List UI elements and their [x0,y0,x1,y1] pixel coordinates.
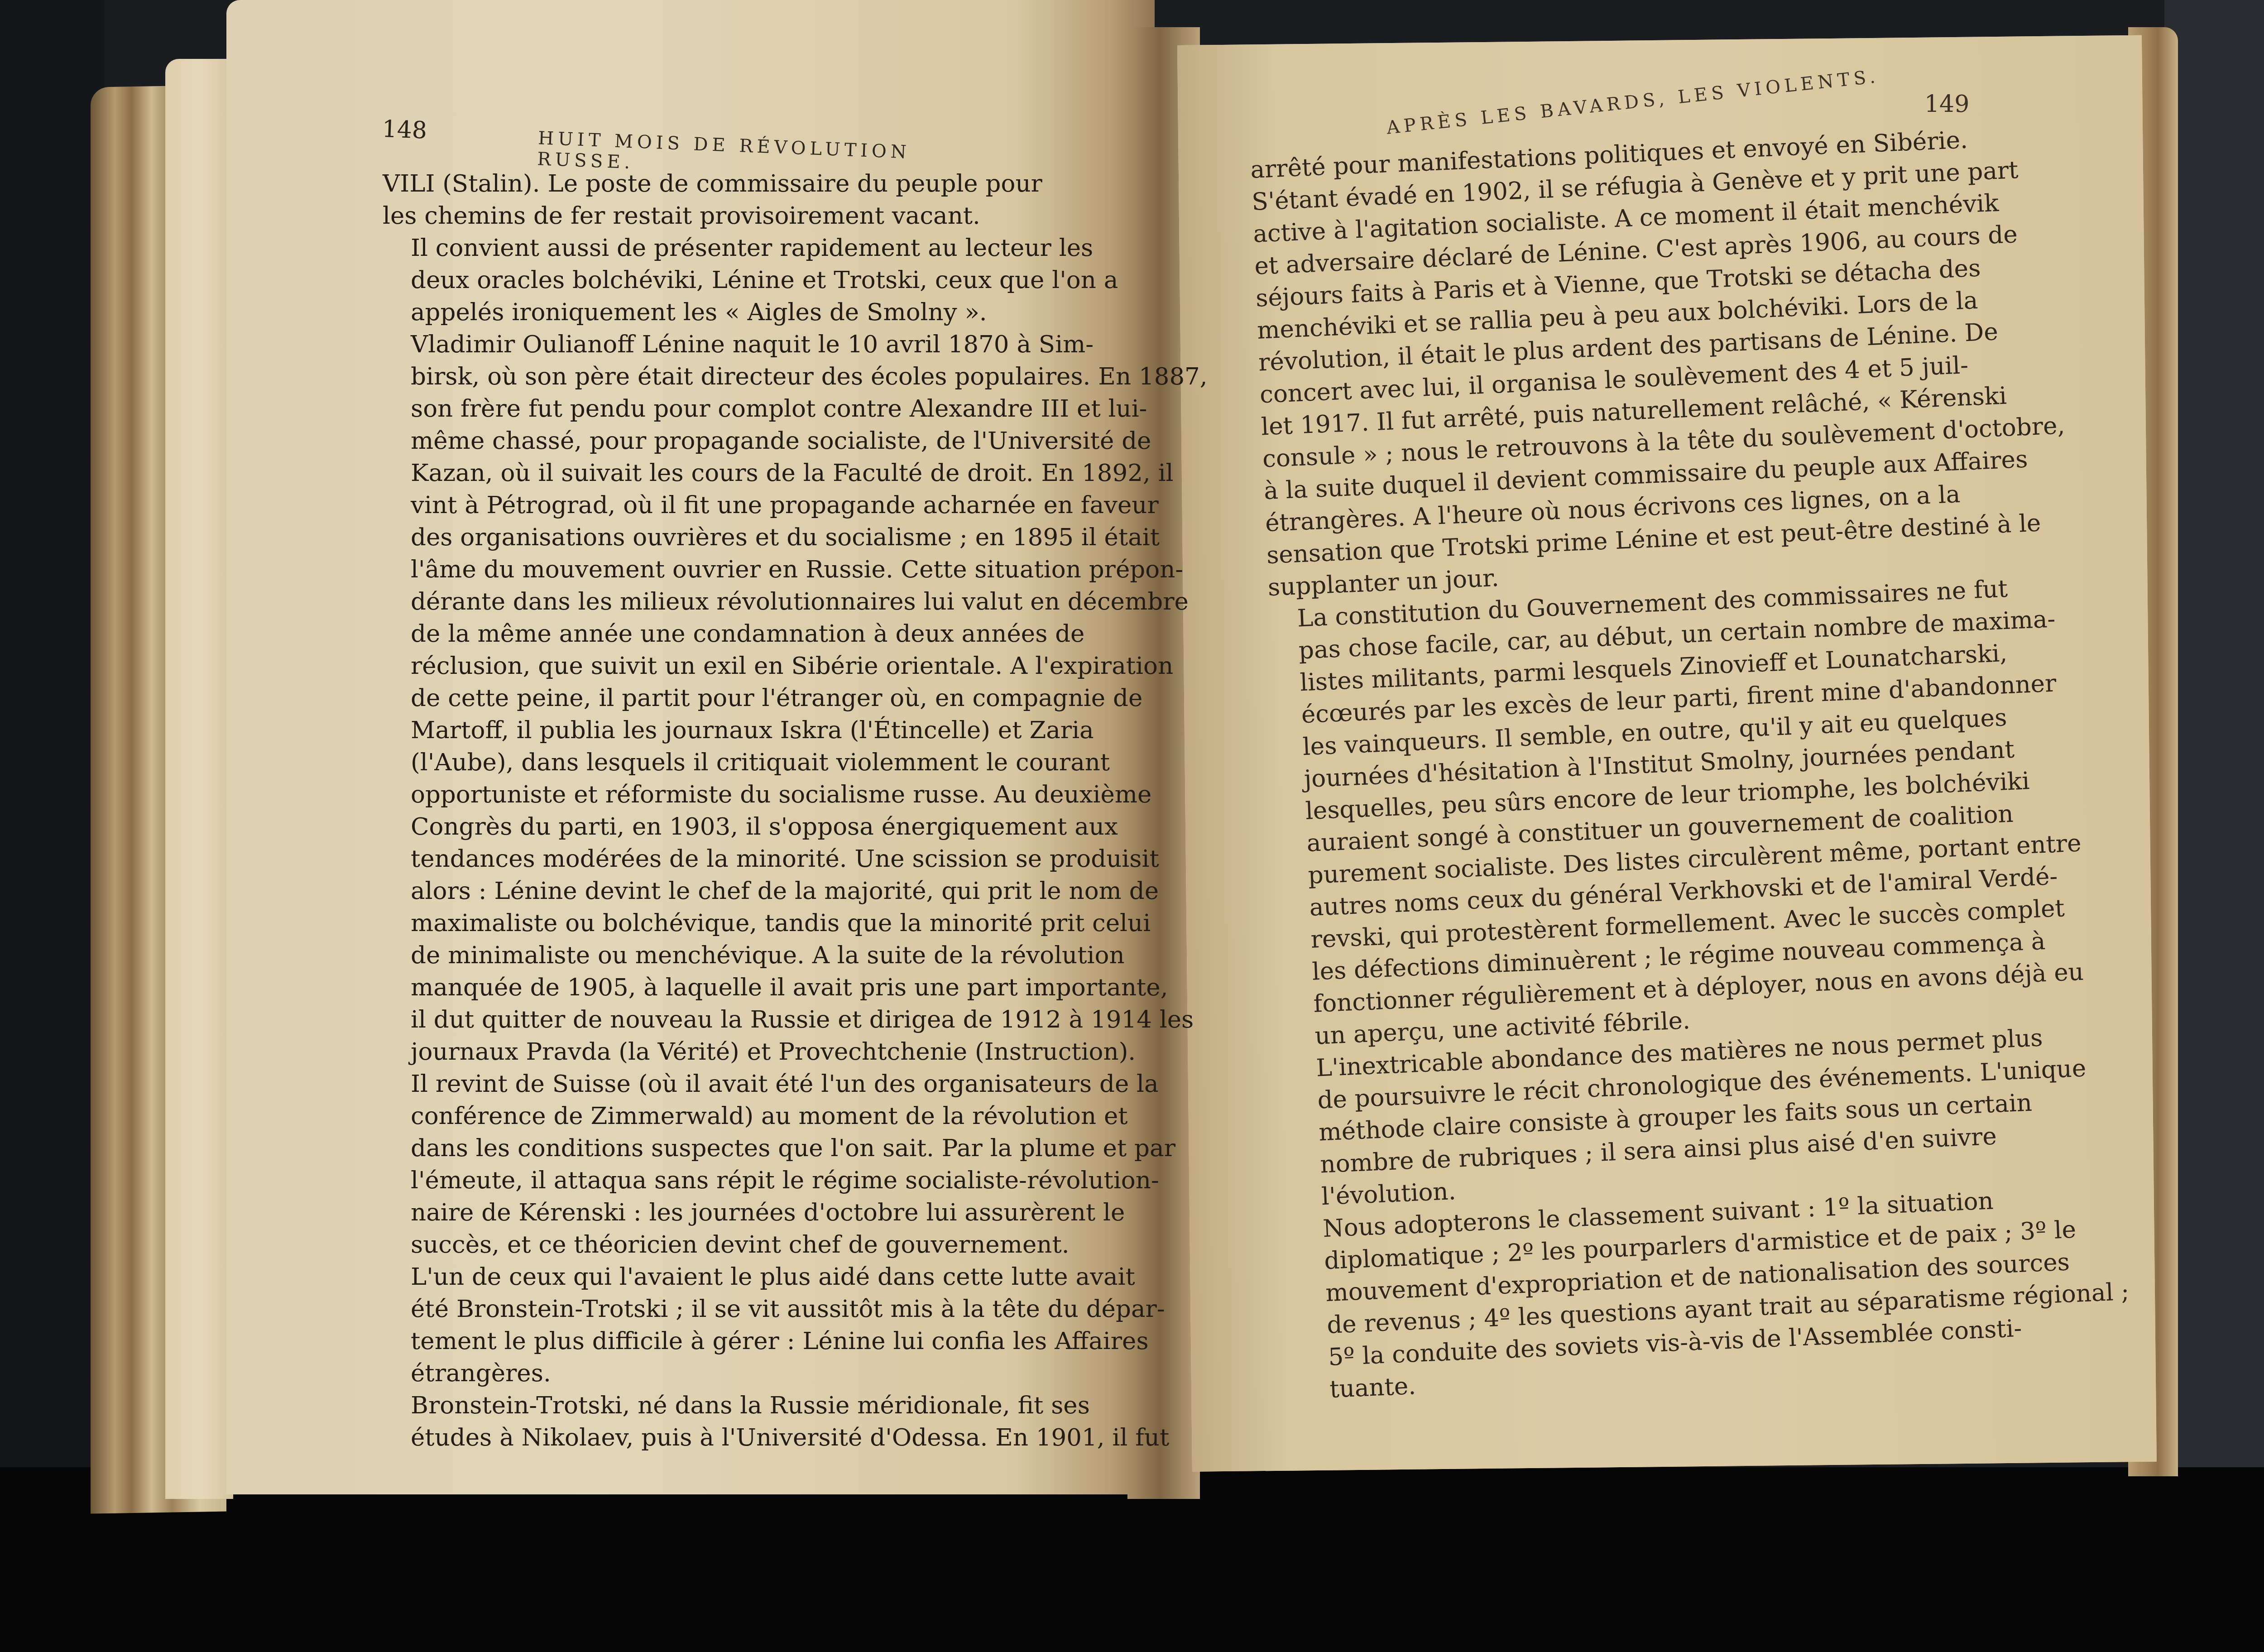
left-page-body: VILI (Stalin). Le poste de commissaire d… [383,168,1116,1454]
text-line: alors : Lénine devint le chef de la majo… [383,875,1116,907]
text-line: Il revint de Suisse (où il avait été l'u… [383,1068,1116,1100]
dark-background-right [2164,0,2264,1494]
text-line: opportuniste et réformiste du socialisme… [383,778,1116,811]
text-line: l'âme du mouvement ouvrier en Russie. Ce… [383,553,1116,586]
text-line: tement le plus difficile à gérer : Lénin… [383,1325,1116,1357]
text-line: VILI (Stalin). Le poste de commissaire d… [383,168,1116,200]
text-line: manquée de 1905, à laquelle il avait pri… [383,971,1116,1004]
text-line: (l'Aube), dans lesquels il critiquait vi… [383,746,1116,778]
paragraph: L'un de ceux qui l'avaient le plus aidé … [383,1261,1116,1389]
text-line: deux oracles bolchéviki, Lénine et Trots… [383,264,1116,296]
text-line: même chassé, pour propagande socialiste,… [383,425,1116,457]
text-line: succès, et ce théoricien devint chef de … [383,1229,1116,1261]
text-line: dérante dans les milieux révolutionnaire… [383,586,1116,618]
text-line: dans les conditions suspectes que l'on s… [383,1132,1116,1164]
text-line: Martoff, il publia les journaux Iskra (l… [383,714,1116,746]
right-page-body: arrêté pour manifestations politiques et… [1250,123,2044,1407]
text-line: de cette peine, il partit pour l'étrange… [383,682,1116,714]
paragraph: L'inextricable abondance des matières ne… [1287,1023,2036,1214]
text-line: Congrès du parti, en 1903, il s'opposa é… [383,811,1116,843]
paragraph: Vladimir Oulianoff Lénine naquit le 10 a… [383,328,1116,1261]
text-line: études à Nikolaev, puis à l'Université d… [383,1421,1116,1454]
text-line: de minimaliste ou menchévique. A la suit… [383,939,1116,971]
text-line: de la même année une condamnation à deux… [383,618,1116,650]
paragraph: arrêté pour manifestations politiques et… [1250,123,2010,604]
text-line: naire de Kérenski : les journées d'octob… [383,1196,1116,1229]
text-line: tendances modérées de la minorité. Une s… [383,843,1116,875]
text-line: réclusion, que suivit un exil en Sibérie… [383,650,1116,682]
paragraph: VILI (Stalin). Le poste de commissaire d… [383,168,1116,232]
text-line: vint à Pétrograd, où il fit une propagan… [383,489,1116,521]
text-line: les chemins de fer restait provisoiremen… [383,200,1116,232]
text-line: été Bronstein-Trotski ; il se vit aussit… [383,1293,1116,1325]
text-line: Vladimir Oulianoff Lénine naquit le 10 a… [383,328,1116,360]
text-line: Il convient aussi de présenter rapidemen… [383,232,1116,264]
text-line: appelés ironiquement les « Aigles de Smo… [383,296,1116,328]
dark-background-left [0,0,104,1494]
text-line: birsk, où son père était directeur des é… [383,360,1116,393]
text-line: Kazan, où il suivait les cours de la Fac… [383,457,1116,489]
text-line: il dut quitter de nouveau la Russie et d… [383,1004,1116,1036]
page-number-right: 149 [1924,91,1969,118]
paragraph: Il convient aussi de présenter rapidemen… [383,232,1116,328]
text-line: L'un de ceux qui l'avaient le plus aidé … [383,1261,1116,1293]
page-number-left: 148 [382,115,427,144]
text-line: conférence de Zimmerwald) au moment de l… [383,1100,1116,1132]
text-line: des organisations ouvrières et du social… [383,521,1116,553]
text-line: maximaliste ou bolchévique, tandis que l… [383,907,1116,939]
text-line: étrangères. [383,1357,1116,1389]
text-line: l'émeute, il attaqua sans répit le régim… [383,1164,1116,1196]
text-line: journaux Pravda (la Vérité) et Provechtc… [383,1036,1116,1068]
page-edges-inner [165,59,233,1499]
text-line: son frère fut pendu pour complot contre … [383,393,1116,425]
paragraph: Bronstein-Trotski, né dans la Russie mér… [383,1389,1116,1454]
paragraph: La constitution du Gouvernement des comm… [1269,572,2029,1053]
text-line: Bronstein-Trotski, né dans la Russie mér… [383,1389,1116,1421]
paragraph: Nous adopterons le classement suivant : … [1294,1183,2044,1407]
